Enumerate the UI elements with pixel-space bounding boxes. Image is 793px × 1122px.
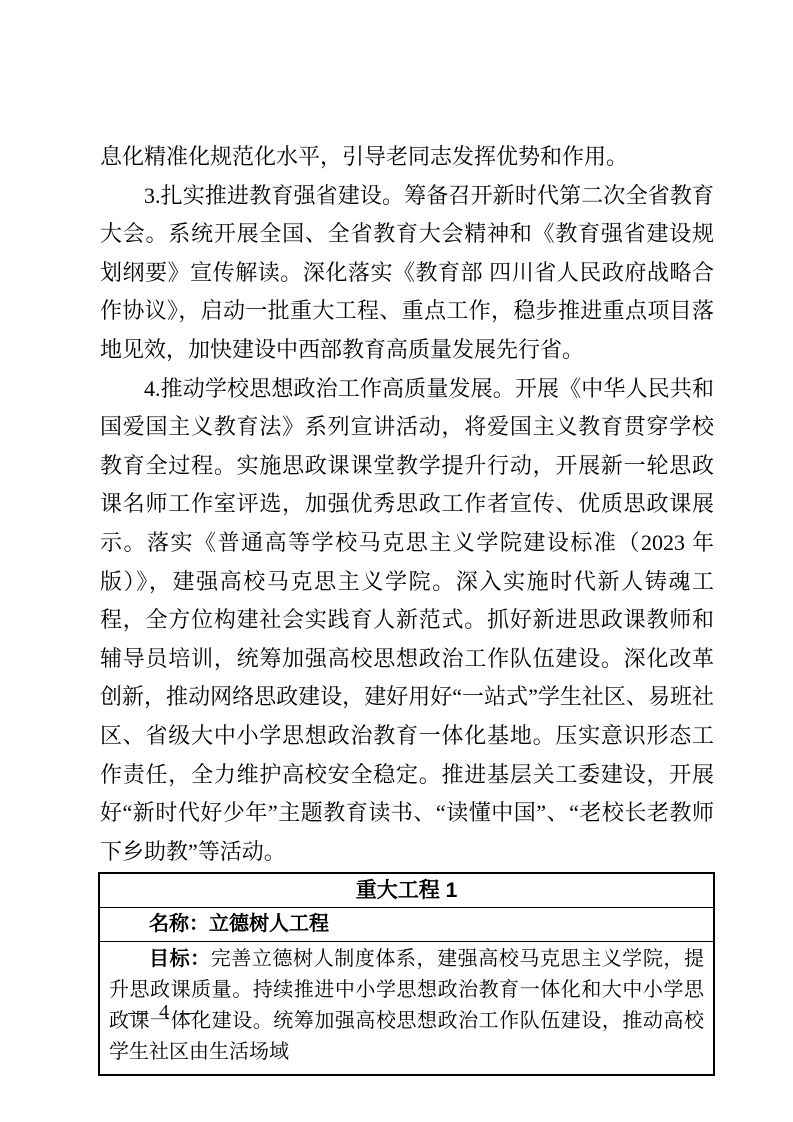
document-body: 息化精准化规范化水平，引导老同志发挥优势和作用。 3.扎实推进教育强省建设。筹备… bbox=[0, 0, 793, 871]
page-number: — 4 — bbox=[128, 1001, 203, 1024]
paragraph-item-3: 3.扎实推进教育强省建设。筹备召开新时代第二次全省教育大会。系统开展全国、全省教… bbox=[100, 177, 714, 370]
table-title: 重大工程 1 bbox=[100, 874, 713, 908]
major-project-table: 重大工程 1 名称：立德树人工程 目标：完善立德树人制度体系，建强高校马克思主义… bbox=[98, 872, 715, 1076]
name-value: 立德树人工程 bbox=[209, 913, 329, 935]
table-row-name: 名称：立德树人工程 bbox=[100, 908, 713, 942]
name-label: 名称： bbox=[149, 913, 209, 935]
paragraph-continuation: 息化精准化规范化水平，引导老同志发挥优势和作用。 bbox=[100, 138, 714, 177]
goal-label: 目标： bbox=[149, 948, 211, 970]
document-page: 息化精准化规范化水平，引导老同志发挥优势和作用。 3.扎实推进教育强省建设。筹备… bbox=[0, 0, 793, 1122]
paragraph-item-4: 4.推动学校思想政治工作高质量发展。开展《中华人民共和国爱国主义教育法》系列宣讲… bbox=[100, 370, 714, 872]
